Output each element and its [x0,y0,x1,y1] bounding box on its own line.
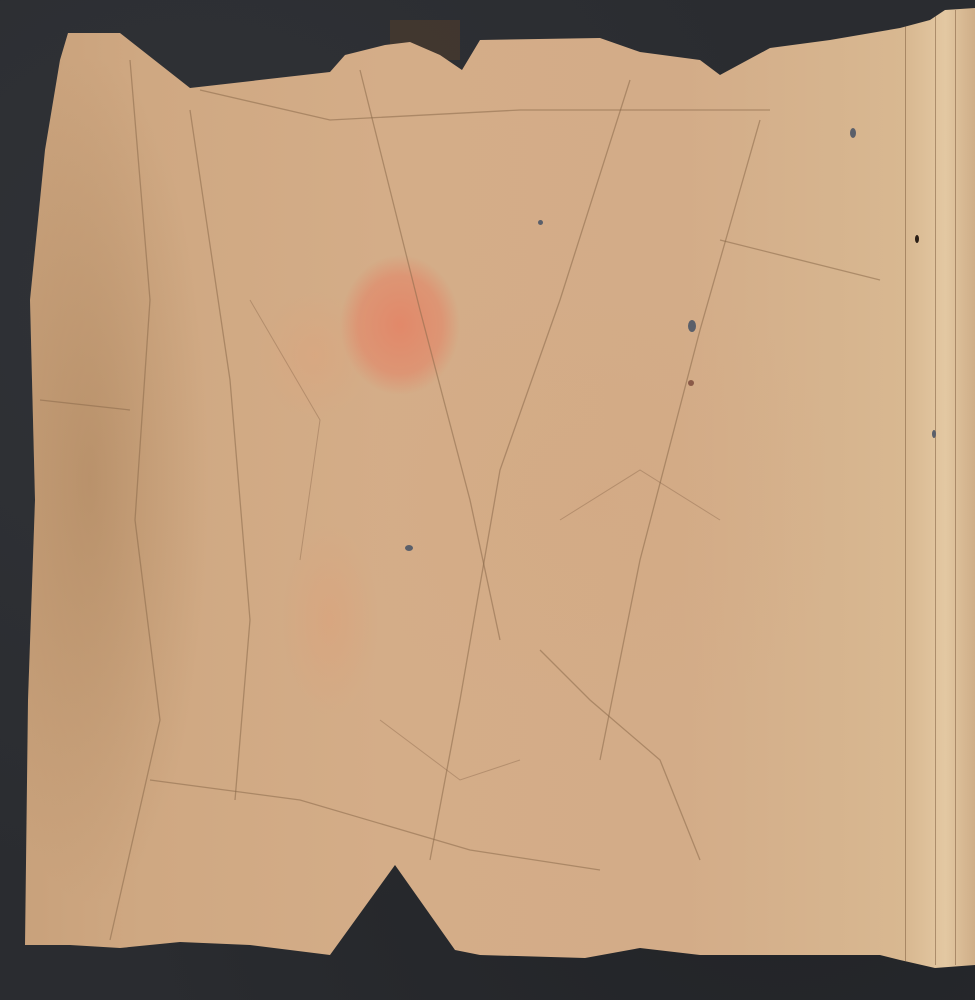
dark-speck [850,128,856,138]
dark-speck [688,380,694,386]
dark-speck [688,320,696,332]
binding-fold-line [955,10,956,965]
binding-fold-line [905,10,906,965]
dark-speck [538,220,543,225]
crease-lines [0,0,975,1000]
binding-fold-line [935,10,936,965]
dark-speck [405,545,413,551]
aged-paper-page [0,0,975,1000]
dark-speck [932,430,936,438]
dark-speck [915,235,919,243]
